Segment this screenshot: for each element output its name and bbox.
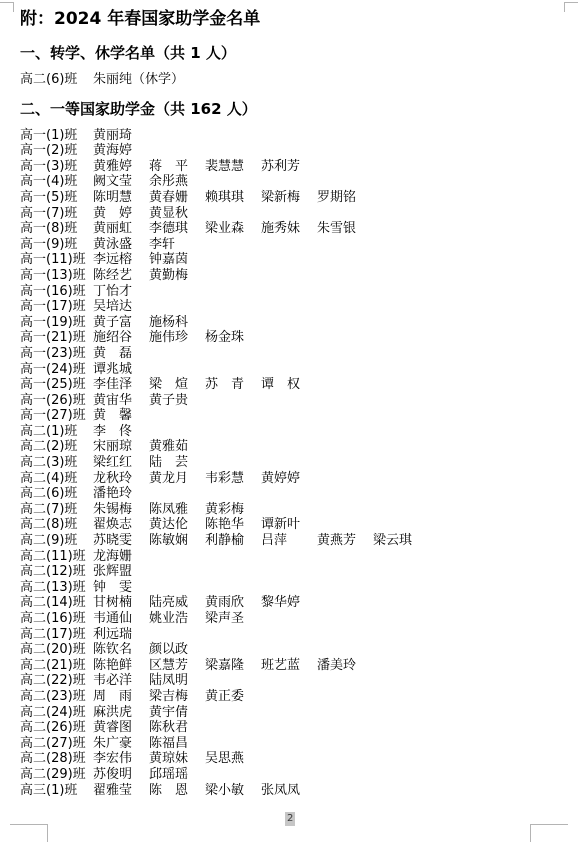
student-name: 陈钦名: [93, 642, 149, 658]
student-name: 朱锡梅: [93, 502, 149, 518]
class-label: 高一(7)班: [20, 206, 93, 222]
student-name: 蒋 平: [149, 159, 205, 175]
class-label: 高一(25)班: [20, 377, 93, 393]
student-name: 施秀妹: [261, 221, 317, 237]
class-label: 高一(3)班: [20, 159, 93, 175]
student-name: 陆 芸: [149, 455, 205, 471]
student-name: 韦通仙: [93, 611, 149, 627]
class-label: 高二(12)班: [20, 564, 93, 580]
student-name: 黄彩梅: [205, 502, 261, 518]
student-name: 翟焕志: [93, 517, 149, 533]
student-name: 谭兆城: [93, 362, 149, 378]
roster-row: 高一(4)班阙文莹余彤燕: [20, 174, 564, 190]
roster-row: 高二(28)班李宏伟黄琼妹吴思燕: [20, 751, 564, 767]
roster-row: 高二(13)班钟 雯: [20, 580, 564, 596]
class-label: 高一(4)班: [20, 174, 93, 190]
student-name: 黄达伦: [149, 517, 205, 533]
page-number-field: 2: [285, 812, 295, 826]
class-label: 高一(5)班: [20, 190, 93, 206]
student-name: 梁新梅: [261, 190, 317, 206]
class-label: 高二(22)班: [20, 673, 93, 689]
student-name: 施伟珍: [149, 330, 205, 346]
roster-row: 高一(9)班黄泳盛李轩: [20, 237, 564, 253]
student-name: 黄丽琦: [93, 128, 149, 144]
class-label: 高二(9)班: [20, 533, 93, 549]
student-name: 吴思燕: [205, 751, 261, 767]
class-label: 高二(28)班: [20, 751, 93, 767]
roster-row: 高二(7)班朱锡梅陈凤雅黄彩梅: [20, 502, 564, 518]
student-name: 陈经艺: [93, 268, 149, 284]
student-name: 黄睿图: [93, 720, 149, 736]
student-name: 陈凤雅: [149, 502, 205, 518]
student-name: 黄 磊: [93, 346, 149, 362]
corner-mark-bottom-right: [530, 824, 568, 842]
student-name: 龙海姗: [93, 549, 149, 565]
class-label: 高三(1)班: [20, 783, 93, 799]
section-heading: 一、转学、休学名单（共 1 人）: [20, 44, 564, 63]
student-name: 甘树楠: [93, 595, 149, 611]
roster-row: 高一(21)班施绍谷施伟珍杨金珠: [20, 330, 564, 346]
roster-row: 高二(23)班周 雨梁吉梅黄正委: [20, 689, 564, 705]
student-name: 梁吉梅: [149, 689, 205, 705]
roster-row: 高一(11)班李远榕钟嘉茵: [20, 252, 564, 268]
student-name: 黄勤梅: [149, 268, 205, 284]
class-label: 高二(26)班: [20, 720, 93, 736]
student-name: 韦彩慧: [205, 471, 261, 487]
student-name: 潘艳玲: [93, 486, 149, 502]
student-name: 陈敏娴: [149, 533, 205, 549]
student-name: 陆亮威: [149, 595, 205, 611]
roster-row: 高二(9)班苏晓雯陈敏娴利静榆吕萍黄燕芳梁云琪: [20, 533, 564, 549]
student-name: 李远榕: [93, 252, 149, 268]
student-name: 施杨科: [149, 315, 205, 331]
student-name: 麻洪虎: [93, 705, 149, 721]
student-name: 梁业森: [205, 221, 261, 237]
student-name: 利远瑞: [93, 627, 149, 643]
roster-row: 高二(3)班梁红红陆 芸: [20, 455, 564, 471]
student-name: 黄龙月: [149, 471, 205, 487]
student-name: 丁怡才: [93, 284, 149, 300]
roster-row: 高二(22)班韦必洋陆凤明: [20, 673, 564, 689]
student-name: 梁 煊: [149, 377, 205, 393]
roster-row: 高三(1)班翟雅莹陈 恩梁小敏张凤凤: [20, 783, 564, 799]
student-name: 李佳泽: [93, 377, 149, 393]
student-name: 黄雅婷: [93, 159, 149, 175]
roster-row: 高二(29)班苏俊明邱瑶瑶: [20, 767, 564, 783]
student-name: 梁小敏: [205, 783, 261, 799]
student-name: 班艺蓝: [261, 658, 317, 674]
student-name: 苏利芳: [261, 159, 317, 175]
student-name: 梁云琪: [373, 533, 429, 549]
student-name: 翟雅莹: [93, 783, 149, 799]
student-name: 颜以政: [149, 642, 205, 658]
class-label: 高二(4)班: [20, 471, 93, 487]
roster-row: 高二(12)班张辉盟: [20, 564, 564, 580]
class-label: 高一(11)班: [20, 252, 93, 268]
roster-row: 高一(5)班陈明慧黄春姗赖琪琪梁新梅罗期铭: [20, 190, 564, 206]
roster-row: 高二(2)班宋丽琼黄雅茹: [20, 439, 564, 455]
section-heading: 二、一等国家助学金（共 162 人）: [20, 100, 564, 119]
class-label: 高一(23)班: [20, 346, 93, 362]
student-name: 张凤凤: [261, 783, 317, 799]
student-name: 黄子富: [93, 315, 149, 331]
roster-row: 高一(8)班黄丽虹李德琪梁业森施秀妹朱雪银: [20, 221, 564, 237]
student-name: 李德琪: [149, 221, 205, 237]
student-name: 黄宙华: [93, 393, 149, 409]
roster-row: 高一(2)班黄海婷: [20, 143, 564, 159]
student-name: 赖琪琪: [205, 190, 261, 206]
class-label: 高二(14)班: [20, 595, 93, 611]
class-label: 高一(26)班: [20, 393, 93, 409]
roster-row: 高二(6)班朱丽纯（休学）: [20, 72, 564, 88]
class-label: 高二(24)班: [20, 705, 93, 721]
class-label: 高一(8)班: [20, 221, 93, 237]
student-name: 黄 馨: [93, 408, 149, 424]
student-name: 梁声圣: [205, 611, 261, 627]
student-name: 黄婷婷: [261, 471, 317, 487]
student-name: 杨金珠: [205, 330, 261, 346]
class-label: 高二(1)班: [20, 424, 93, 440]
roster-row: 高一(3)班黄雅婷蒋 平裴慧慧苏利芳: [20, 159, 564, 175]
class-label: 高一(2)班: [20, 143, 93, 159]
student-name: 周 雨: [93, 689, 149, 705]
student-name: 陈艳华: [205, 517, 261, 533]
student-name: 韦必洋: [93, 673, 149, 689]
roster-row: 高二(21)班陈艳鲜区慧芳梁嘉隆班艺蓝潘美玲: [20, 658, 564, 674]
class-label: 高二(8)班: [20, 517, 93, 533]
student-name: 龙秋玲: [93, 471, 149, 487]
class-label: 高一(17)班: [20, 299, 93, 315]
section-first-class-grant: 二、一等国家助学金（共 162 人） 高一(1)班黄丽琦高一(2)班黄海婷高一(…: [20, 100, 564, 799]
roster-row: 高一(1)班黄丽琦: [20, 128, 564, 144]
student-name: 黄琼妹: [149, 751, 205, 767]
class-label: 高二(17)班: [20, 627, 93, 643]
student-name: 梁嘉隆: [205, 658, 261, 674]
student-name: 陈艳鲜: [93, 658, 149, 674]
student-name: 黄春姗: [149, 190, 205, 206]
roster-row: 高一(25)班李佳泽梁 煊苏 青谭 权: [20, 377, 564, 393]
class-label: 高一(16)班: [20, 284, 93, 300]
student-name: 梁红红: [93, 455, 149, 471]
roster-row: 高一(16)班丁怡才: [20, 284, 564, 300]
student-name: 黄子贵: [149, 393, 205, 409]
corner-mark-bottom-left: [10, 824, 48, 842]
student-name: 陈明慧: [93, 190, 149, 206]
roster-row: 高一(26)班黄宙华黄子贵: [20, 393, 564, 409]
class-label: 高一(13)班: [20, 268, 93, 284]
roster-row: 高二(16)班韦通仙姚业浩梁声圣: [20, 611, 564, 627]
class-label: 高一(9)班: [20, 237, 93, 253]
student-name: 宋丽琼: [93, 439, 149, 455]
class-label: 高二(29)班: [20, 767, 93, 783]
student-name: 朱广豪: [93, 736, 149, 752]
student-name: 余彤燕: [149, 174, 205, 190]
roster-row: 高二(24)班麻洪虎黄宇倩: [20, 705, 564, 721]
student-name: 区慧芳: [149, 658, 205, 674]
roster-row: 高二(20)班陈钦名颜以政: [20, 642, 564, 658]
student-name: 姚业浩: [149, 611, 205, 627]
student-name: 黄显秋: [149, 206, 205, 222]
roster-row: 高一(27)班黄 馨: [20, 408, 564, 424]
class-label: 高二(7)班: [20, 502, 93, 518]
student-name: 邱瑶瑶: [149, 767, 205, 783]
student-name: 黄丽虹: [93, 221, 149, 237]
class-label: 高一(24)班: [20, 362, 93, 378]
roster-transfer: 高二(6)班朱丽纯（休学）: [20, 72, 564, 88]
student-name: 裴慧慧: [205, 159, 261, 175]
corner-mark-top-right: [564, 2, 578, 12]
student-name: 黄雅茹: [149, 439, 205, 455]
student-name: 李宏伟: [93, 751, 149, 767]
class-label: 高一(21)班: [20, 330, 93, 346]
class-label: 高二(21)班: [20, 658, 93, 674]
class-label: 高二(27)班: [20, 736, 93, 752]
student-name: 李 佟: [93, 424, 149, 440]
student-name: 黄海婷: [93, 143, 149, 159]
roster-row: 高一(23)班黄 磊: [20, 346, 564, 362]
student-name: 钟 雯: [93, 580, 149, 596]
student-name: 黄宇倩: [149, 705, 205, 721]
roster-row: 高一(13)班陈经艺黄勤梅: [20, 268, 564, 284]
student-name: 陆凤明: [149, 673, 205, 689]
student-name: 谭 权: [261, 377, 317, 393]
class-label: 高二(16)班: [20, 611, 93, 627]
student-name: 苏晓雯: [93, 533, 149, 549]
student-name: 李轩: [149, 237, 205, 253]
student-name: 张辉盟: [93, 564, 149, 580]
student-name: 黄雨欣: [205, 595, 261, 611]
class-label: 高二(6)班: [20, 72, 93, 88]
class-label: 高二(3)班: [20, 455, 93, 471]
class-label: 高二(11)班: [20, 549, 93, 565]
student-name: 黎华婷: [261, 595, 317, 611]
student-name: 陈 恩: [149, 783, 205, 799]
student-name: 罗期铭: [317, 190, 373, 206]
roster-row: 高二(8)班翟焕志黄达伦陈艳华谭新叶: [20, 517, 564, 533]
roster-row: 高二(1)班李 佟: [20, 424, 564, 440]
section-transfer-leave: 一、转学、休学名单（共 1 人） 高二(6)班朱丽纯（休学）: [20, 44, 564, 88]
class-label: 高一(27)班: [20, 408, 93, 424]
student-name: 苏 青: [205, 377, 261, 393]
student-name: 黄泳盛: [93, 237, 149, 253]
student-name: 黄正委: [205, 689, 261, 705]
class-label: 高二(6)班: [20, 486, 93, 502]
student-name: 吕萍: [261, 533, 317, 549]
roster-row: 高二(11)班龙海姗: [20, 549, 564, 565]
student-name: 黄燕芳: [317, 533, 373, 549]
class-label: 高一(19)班: [20, 315, 93, 331]
student-name: 吴培达: [93, 299, 149, 315]
roster-row: 高二(6)班潘艳玲: [20, 486, 564, 502]
student-name: 陈秋君: [149, 720, 205, 736]
class-label: 高一(1)班: [20, 128, 93, 144]
roster-row: 高一(19)班黄子富施杨科: [20, 315, 564, 331]
class-label: 高二(13)班: [20, 580, 93, 596]
roster-row: 高一(24)班谭兆城: [20, 362, 564, 378]
student-name: 苏俊明: [93, 767, 149, 783]
class-label: 高二(23)班: [20, 689, 93, 705]
corner-mark-top-left: [0, 2, 14, 12]
class-label: 高二(2)班: [20, 439, 93, 455]
roster-grant: 高一(1)班黄丽琦高一(2)班黄海婷高一(3)班黄雅婷蒋 平裴慧慧苏利芳高一(4…: [20, 128, 564, 799]
roster-row: 高二(14)班甘树楠陆亮威黄雨欣黎华婷: [20, 595, 564, 611]
page-title: 附：2024 年春国家助学金名单: [20, 8, 564, 30]
student-name: 潘美玲: [317, 658, 373, 674]
student-name: 谭新叶: [261, 517, 317, 533]
roster-row: 高一(17)班吴培达: [20, 299, 564, 315]
student-name: 钟嘉茵: [149, 252, 205, 268]
student-name: 黄 婷: [93, 206, 149, 222]
class-label: 高二(20)班: [20, 642, 93, 658]
student-name: 陈福昌: [149, 736, 205, 752]
roster-row: 高二(26)班黄睿图陈秋君: [20, 720, 564, 736]
roster-row: 高二(27)班朱广豪陈福昌: [20, 736, 564, 752]
roster-row: 高二(17)班利远瑞: [20, 627, 564, 643]
student-name: 阙文莹: [93, 174, 149, 190]
student-name: 朱雪银: [317, 221, 373, 237]
student-name: 朱丽纯（休学）: [93, 72, 184, 88]
roster-row: 高一(7)班黄 婷黄显秋: [20, 206, 564, 222]
student-name: 施绍谷: [93, 330, 149, 346]
student-name: 利静榆: [205, 533, 261, 549]
roster-row: 高二(4)班龙秋玲黄龙月韦彩慧黄婷婷: [20, 471, 564, 487]
document-page: 附：2024 年春国家助学金名单 一、转学、休学名单（共 1 人） 高二(6)班…: [0, 0, 578, 798]
